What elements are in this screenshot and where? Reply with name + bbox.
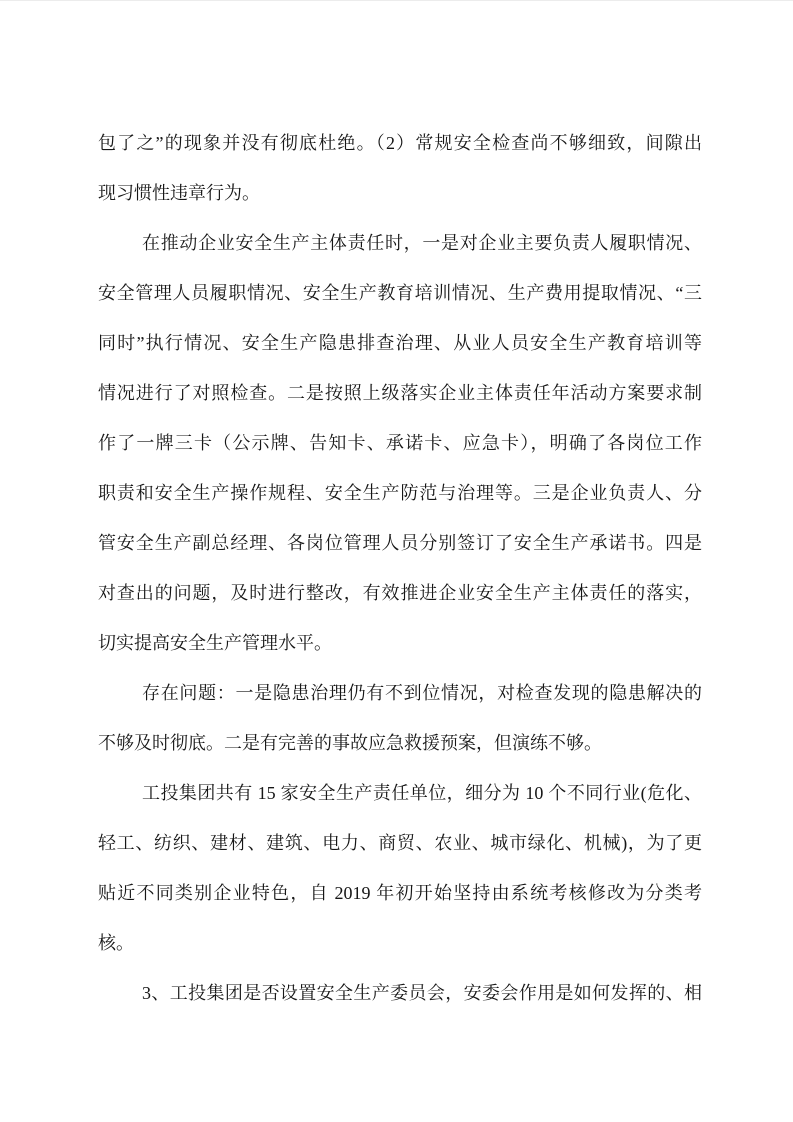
text-line: 切实提高安全生产管理水平。 [98, 618, 702, 668]
paragraph-1: 包了之”的现象并没有彻底杜绝。（2）常规安全检查尚不够细致，间隙出现习惯性违章行… [98, 118, 702, 218]
document-body: 包了之”的现象并没有彻底杜绝。（2）常规安全检查尚不够细致，间隙出现习惯性违章行… [98, 118, 702, 1018]
text-line: 包了之”的现象并没有彻底杜绝。（2）常规安全检查尚不够细致，间隙出 [98, 118, 702, 168]
text-line: 现习惯性违章行为。 [98, 168, 702, 218]
text-line: 作了一牌三卡（公示牌、告知卡、承诺卡、应急卡），明确了各岗位工作 [98, 418, 702, 468]
text-line: 在推动企业安全生产主体责任时，一是对企业主要负责人履职情况、 [98, 218, 702, 268]
text-line: 核。 [98, 918, 702, 968]
text-line: 工投集团共有 15 家安全生产责任单位，细分为 10 个不同行业(危化、 [98, 768, 702, 818]
text-line: 情况进行了对照检查。二是按照上级落实企业主体责任年活动方案要求制 [98, 368, 702, 418]
text-line: 存在问题：一是隐患治理仍有不到位情况，对检查发现的隐患解决的 [98, 668, 702, 718]
text-line: 贴近不同类别企业特色，自 2019 年初开始坚持由系统考核修改为分类考 [98, 868, 702, 918]
paragraph-4: 工投集团共有 15 家安全生产责任单位，细分为 10 个不同行业(危化、轻工、纺… [98, 768, 702, 968]
document-page: 包了之”的现象并没有彻底杜绝。（2）常规安全检查尚不够细致，间隙出现习惯性违章行… [0, 0, 793, 1122]
text-line: 不够及时彻底。二是有完善的事故应急救援预案，但演练不够。 [98, 718, 702, 768]
text-line: 管安全生产副总经理、各岗位管理人员分别签订了安全生产承诺书。四是 [98, 518, 702, 568]
text-line: 安全管理人员履职情况、安全生产教育培训情况、生产费用提取情况、“三 [98, 268, 702, 318]
text-line: 职责和安全生产操作规程、安全生产防范与治理等。三是企业负责人、分 [98, 468, 702, 518]
text-line: 轻工、纺织、建材、建筑、电力、商贸、农业、城市绿化、机械)，为了更 [98, 818, 702, 868]
text-line: 3、工投集团是否设置安全生产委员会，安委会作用是如何发挥的、相 [98, 968, 702, 1018]
text-line: 同时”执行情况、安全生产隐患排查治理、从业人员安全生产教育培训等 [98, 318, 702, 368]
paragraph-2: 在推动企业安全生产主体责任时，一是对企业主要负责人履职情况、安全管理人员履职情况… [98, 218, 702, 668]
paragraph-3: 存在问题：一是隐患治理仍有不到位情况，对检查发现的隐患解决的不够及时彻底。二是有… [98, 668, 702, 768]
paragraph-5: 3、工投集团是否设置安全生产委员会，安委会作用是如何发挥的、相 [98, 968, 702, 1018]
text-line: 对查出的问题，及时进行整改，有效推进企业安全生产主体责任的落实， [98, 568, 702, 618]
